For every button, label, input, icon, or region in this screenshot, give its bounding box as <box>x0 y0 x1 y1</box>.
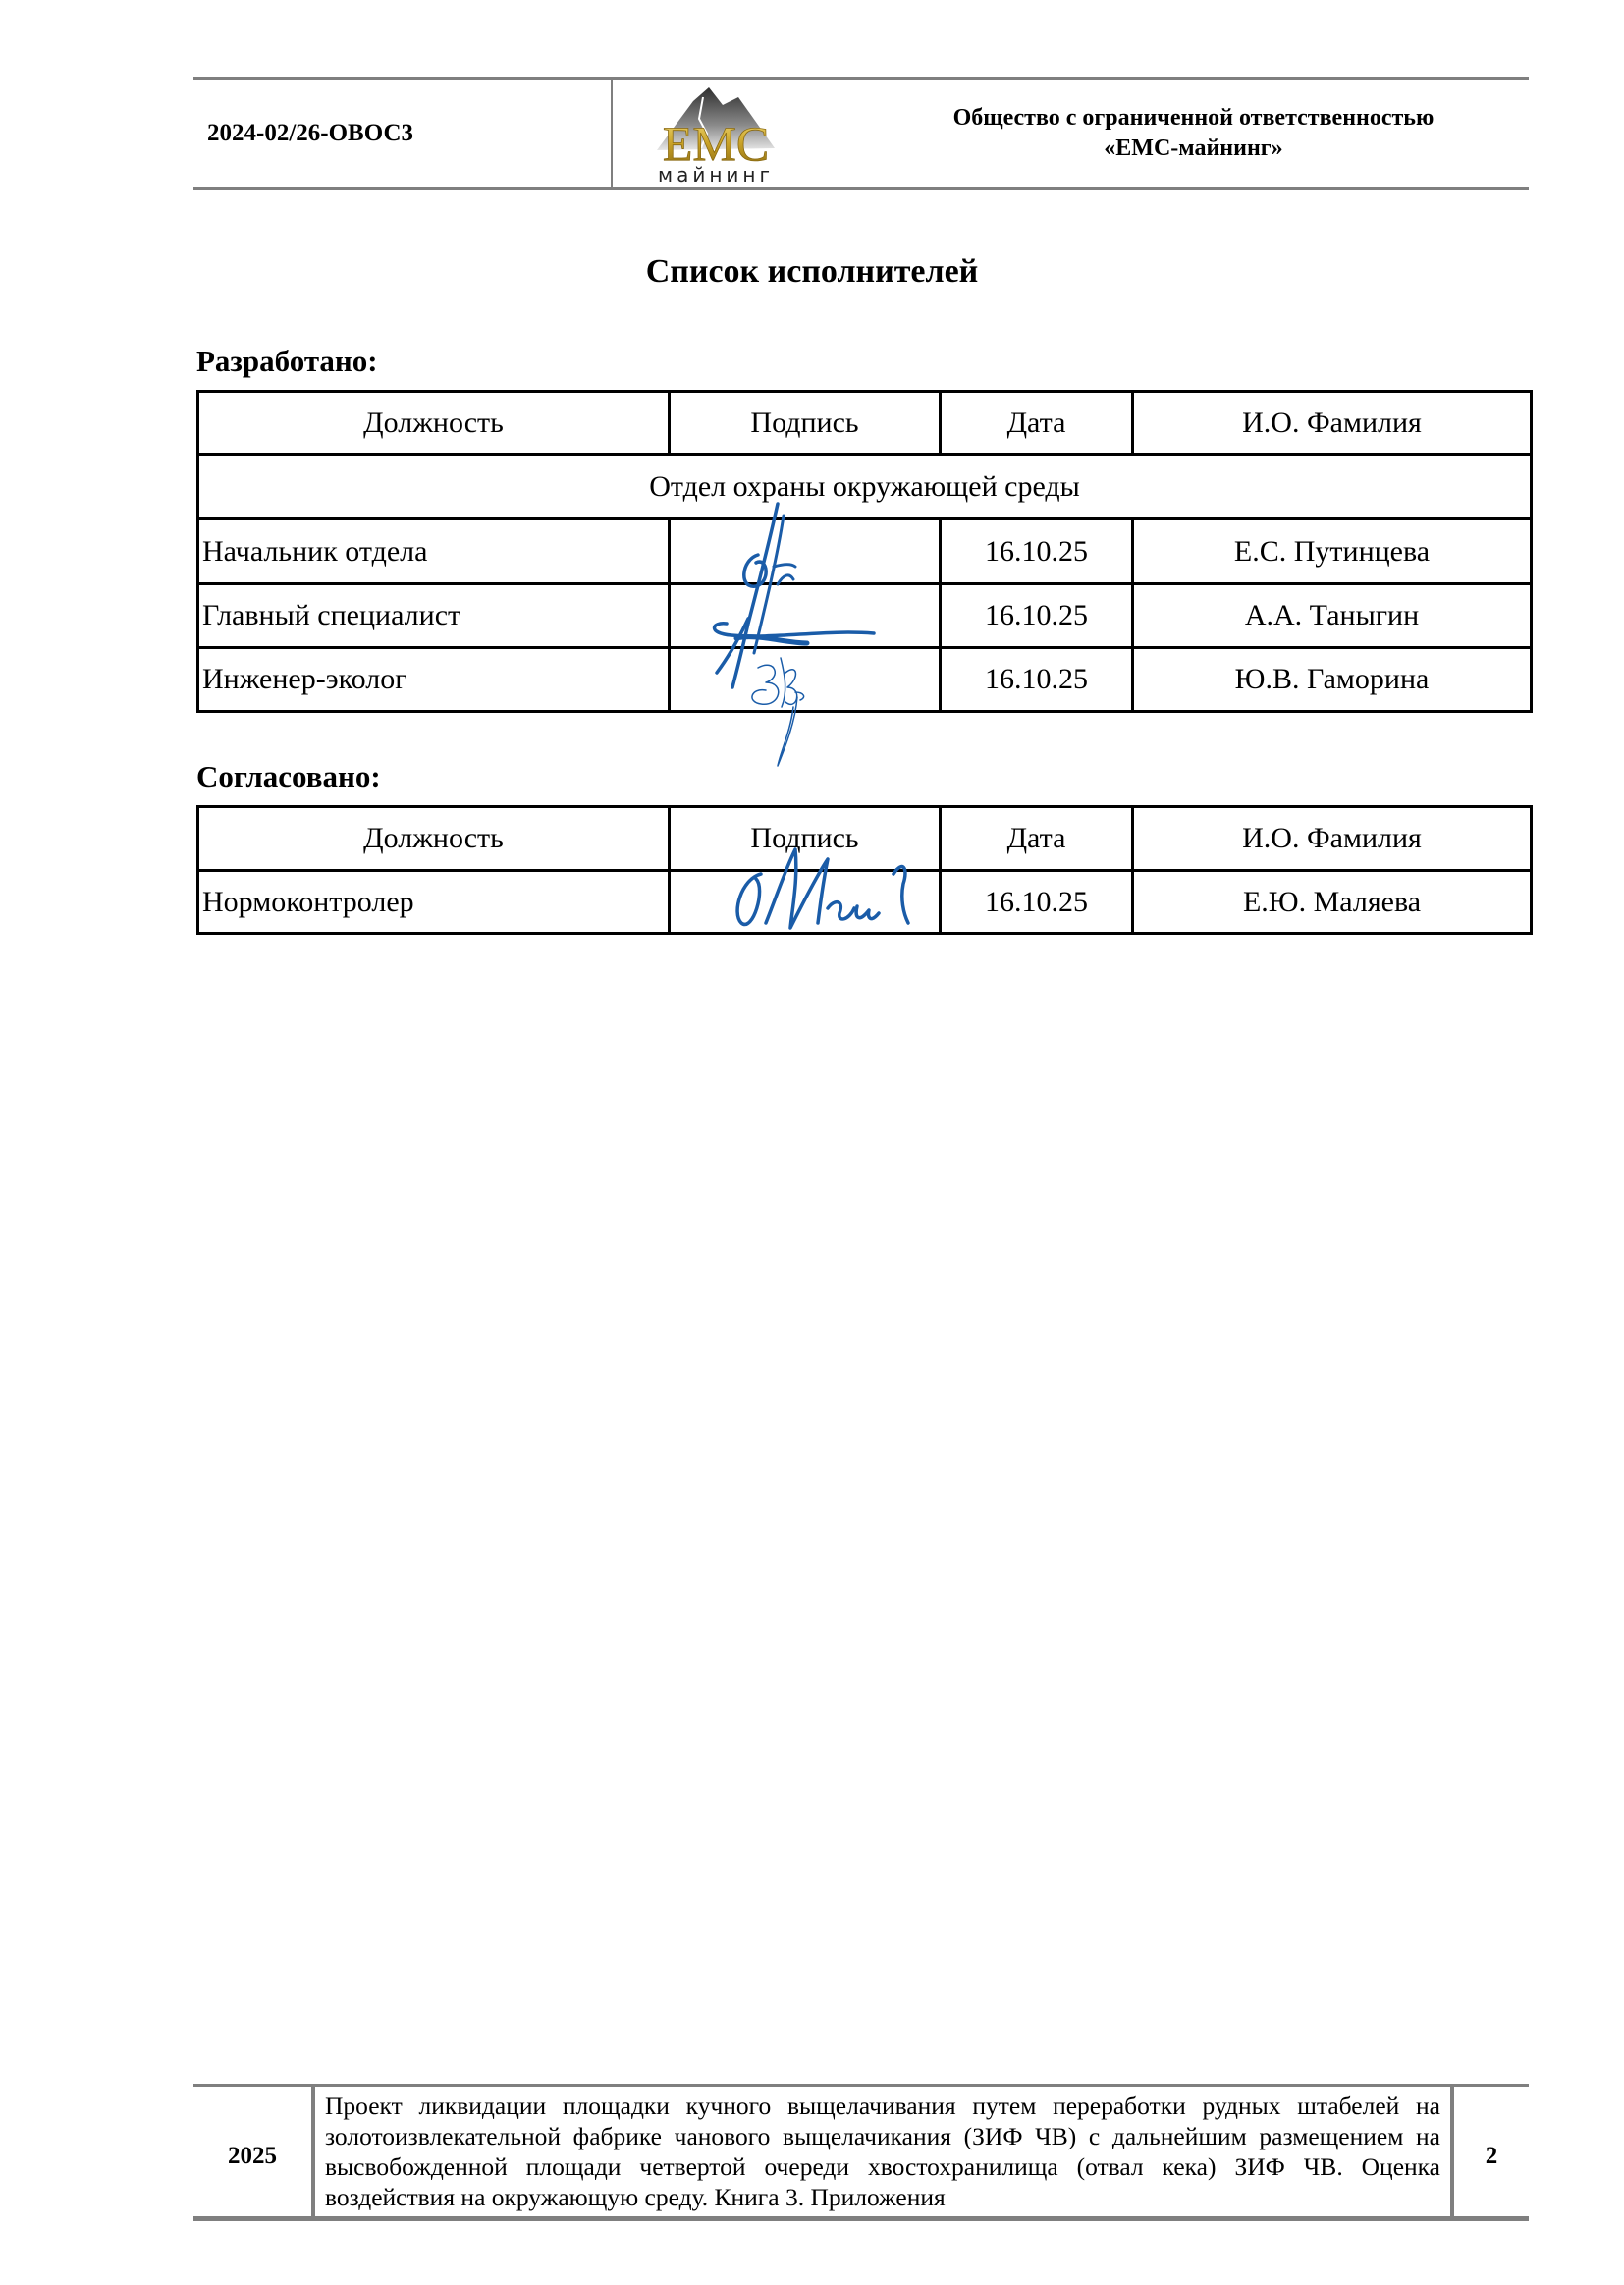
page-header: 2024-02/26-ОВОС3 EMC майнинг Общест <box>193 77 1529 190</box>
svg-text:майнинг: майнинг <box>658 163 774 187</box>
page-number: 2 <box>1454 2087 1529 2216</box>
column-header: И.О. Фамилия <box>1133 392 1532 455</box>
organization-name: Общество с ограниченной ответственностью… <box>819 80 1529 187</box>
table-row: Инженер-эколог 16.10.25 Ю.В. Гаморина <box>198 648 1532 712</box>
column-header: И.О. Фамилия <box>1133 807 1532 871</box>
org-line-1: Общество с ограниченной ответственностью <box>953 103 1435 134</box>
position-cell: Инженер-эколог <box>198 648 670 712</box>
name-cell: Ю.В. Гаморина <box>1133 648 1532 712</box>
company-logo: EMC майнинг <box>613 80 819 187</box>
column-header: Подпись <box>670 807 941 871</box>
page-footer: 2025 Проект ликвидации площадки кучного … <box>193 2084 1529 2221</box>
table-header-row: Должность Подпись Дата И.О. Фамилия <box>198 807 1532 871</box>
signature-cell <box>670 519 941 584</box>
footer-year: 2025 <box>193 2087 315 2216</box>
name-cell: Е.С. Путинцева <box>1133 519 1532 584</box>
position-cell: Главный специалист <box>198 584 670 648</box>
department-row: Отдел охраны окружающей среды <box>198 455 1532 519</box>
mountain-logo-icon: EMC майнинг <box>613 80 819 188</box>
signature-cell <box>670 871 941 934</box>
department-name: Отдел охраны окружающей среды <box>198 455 1532 519</box>
table-row: Главный специалист 16.10.25 А.А. Таныгин <box>198 584 1532 648</box>
signature-cell <box>670 584 941 648</box>
agreed-table: Должность Подпись Дата И.О. Фамилия Норм… <box>196 805 1533 935</box>
table-row: Нормоконтролер 16.10.25 Е.Ю. Маляева <box>198 871 1532 934</box>
name-cell: Е.Ю. Маляева <box>1133 871 1532 934</box>
column-header: Дата <box>941 392 1133 455</box>
signature-cell <box>670 648 941 712</box>
table-header-row: Должность Подпись Дата И.О. Фамилия <box>198 392 1532 455</box>
document-code: 2024-02/26-ОВОС3 <box>193 80 613 187</box>
column-header: Дата <box>941 807 1133 871</box>
date-cell: 16.10.25 <box>941 871 1133 934</box>
footer-description: Проект ликвидации площадки кучного выщел… <box>315 2087 1454 2216</box>
page-title: Список исполнителей <box>0 253 1624 291</box>
date-cell: 16.10.25 <box>941 519 1133 584</box>
date-cell: 16.10.25 <box>941 584 1133 648</box>
column-header: Должность <box>198 392 670 455</box>
agreed-label: Согласовано: <box>196 759 381 794</box>
date-cell: 16.10.25 <box>941 648 1133 712</box>
table-row: Начальник отдела 16.10.25 Е.С. Путинцева <box>198 519 1532 584</box>
name-cell: А.А. Таныгин <box>1133 584 1532 648</box>
position-cell: Нормоконтролер <box>198 871 670 934</box>
developed-label: Разработано: <box>196 344 378 379</box>
column-header: Должность <box>198 807 670 871</box>
org-line-2: «ЕМС-майнинг» <box>1104 134 1282 164</box>
column-header: Подпись <box>670 392 941 455</box>
position-cell: Начальник отдела <box>198 519 670 584</box>
developed-table: Должность Подпись Дата И.О. Фамилия Отде… <box>196 390 1533 713</box>
